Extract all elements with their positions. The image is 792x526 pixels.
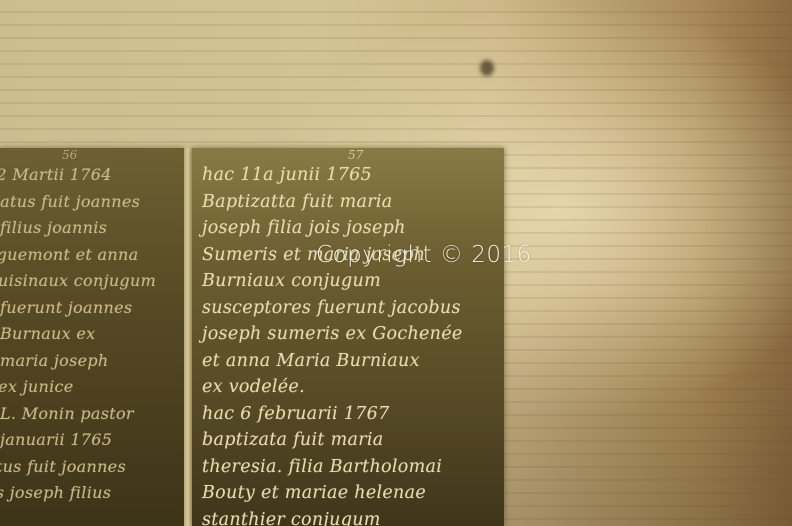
manuscript-line: stanthier conjugum <box>192 507 504 526</box>
manuscript-line: baptizata fuit maria <box>192 427 504 454</box>
left-register-page: 56 22 Martii 1764 izatus fuit joannes fi… <box>0 148 184 526</box>
manuscript-line: Burniaux conjugum <box>192 268 504 295</box>
manuscript-line: fuerunt joannes <box>0 295 184 322</box>
manuscript-line: atus fuit joannes <box>0 454 184 481</box>
manuscript-line: uguemont et anna <box>0 242 184 269</box>
copyright-watermark: Copyright © 2016 <box>316 242 532 268</box>
manuscript-line: izatus fuit joannes <box>0 189 184 216</box>
right-folio-number: 57 <box>348 148 363 162</box>
manuscript-line: januarii 1765 <box>0 427 184 454</box>
manuscript-line: hac 6 februarii 1767 <box>192 401 504 428</box>
manuscript-line: et anna Maria Burniaux <box>192 348 504 375</box>
manuscript-line: Buisinaux conjugum <box>0 268 184 295</box>
manuscript-line: joseph sumeris ex Gochenée <box>192 321 504 348</box>
manuscript-line: Baptizatta fuit maria <box>192 189 504 216</box>
manuscript-line: Burnaux ex <box>0 321 184 348</box>
dust-spot <box>480 60 494 76</box>
manuscript-line: t ex junice <box>0 374 184 401</box>
manuscript-line: theresia. filia Bartholomai <box>192 454 504 481</box>
manuscript-line: 22 Martii 1764 <box>0 162 184 189</box>
manuscript-line: filius joannis <box>0 215 184 242</box>
right-page-text: hac 11a junii 1765 Baptizatta fuit maria… <box>192 162 504 526</box>
manuscript-line: ex vodelée. <box>192 374 504 401</box>
page-gutter <box>184 148 192 526</box>
manuscript-line: es joseph filius <box>0 480 184 507</box>
manuscript-line: joseph filia jois joseph <box>192 215 504 242</box>
left-folio-number: 56 <box>62 148 77 162</box>
manuscript-line: hac 11a junii 1765 <box>192 162 504 189</box>
manuscript-line: susceptores fuerunt jacobus <box>192 295 504 322</box>
left-page-text: 22 Martii 1764 izatus fuit joannes filiu… <box>0 162 184 507</box>
manuscript-line: maria joseph <box>0 348 184 375</box>
manuscript-line: Bouty et mariae helenae <box>192 480 504 507</box>
right-register-page: 57 hac 11a junii 1765 Baptizatta fuit ma… <box>192 148 504 526</box>
manuscript-line: L. Monin pastor <box>0 401 184 428</box>
